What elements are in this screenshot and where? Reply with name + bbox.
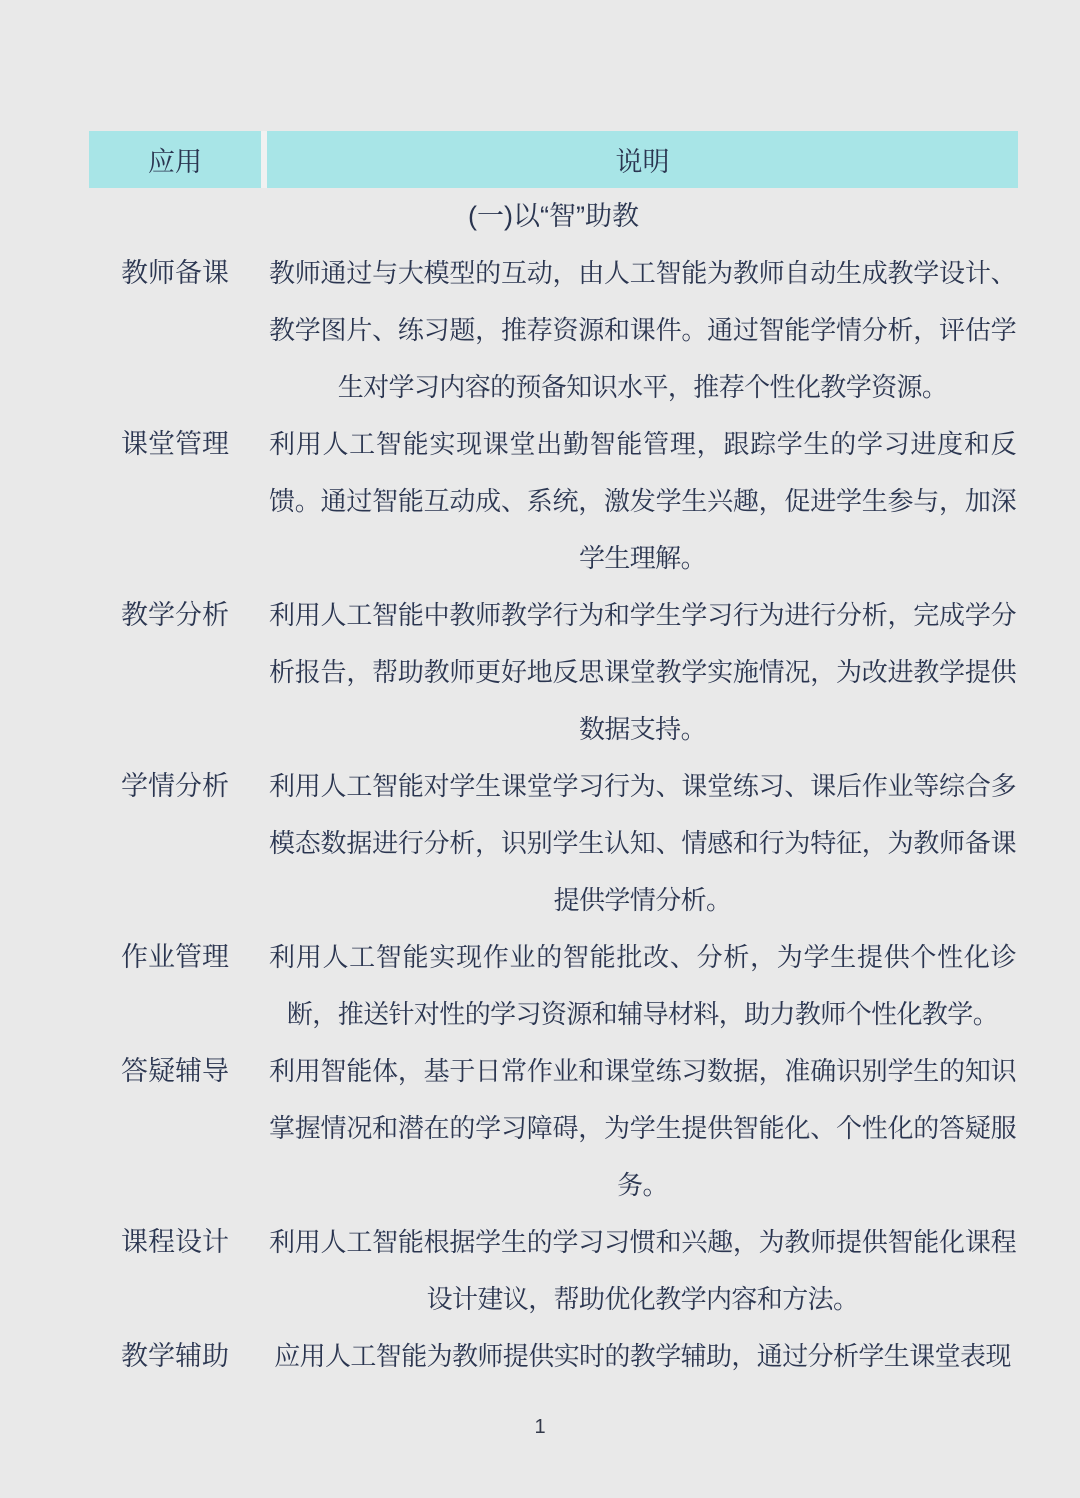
table-row: 课程设计 利用人工智能根据学生的学习习惯和兴趣，为教师提供智能化课程设计建议，帮… (89, 1214, 1018, 1328)
row-description: 利用人工智能实现课堂出勤智能管理，跟踪学生的学习进度和反馈。通过智能互动成、系统… (267, 416, 1018, 587)
row-description: 利用人工智能对学生课堂学习行为、课堂练习、课后作业等综合多模态数据进行分析，识别… (267, 758, 1018, 929)
table-row: 学情分析 利用人工智能对学生课堂学习行为、课堂练习、课后作业等综合多模态数据进行… (89, 758, 1018, 929)
table-body: 教师备课 教师通过与大模型的互动，由人工智能为教师自动生成教学设计、教学图片、练… (89, 245, 1018, 1385)
table-row: 教师备课 教师通过与大模型的互动，由人工智能为教师自动生成教学设计、教学图片、练… (89, 245, 1018, 416)
table-row: 作业管理 利用人工智能实现作业的智能批改、分析，为学生提供个性化诊断，推送针对性… (89, 929, 1018, 1043)
header-col-application: 应用 (89, 131, 261, 188)
row-description: 利用人工智能根据学生的学习习惯和兴趣，为教师提供智能化课程设计建议，帮助优化教学… (267, 1214, 1018, 1328)
row-label: 学情分析 (89, 758, 261, 815)
table-row: 课堂管理 利用人工智能实现课堂出勤智能管理，跟踪学生的学习进度和反馈。通过智能互… (89, 416, 1018, 587)
document-page: 应用 说明 (一)以“智”助教 教师备课 教师通过与大模型的互动，由人工智能为教… (0, 0, 1080, 1498)
section-title: (一)以“智”助教 (89, 188, 1018, 245)
table-row: 答疑辅导 利用智能体，基于日常作业和课堂练习数据，准确识别学生的知识掌握情况和潜… (89, 1043, 1018, 1214)
row-label: 教学辅助 (89, 1328, 261, 1385)
table-row: 教学辅助 应用人工智能为教师提供实时的教学辅助，通过分析学生课堂表现 (89, 1328, 1018, 1385)
row-description: 利用人工智能实现作业的智能批改、分析，为学生提供个性化诊断，推送针对性的学习资源… (267, 929, 1018, 1043)
applications-table: 应用 说明 (一)以“智”助教 教师备课 教师通过与大模型的互动，由人工智能为教… (89, 131, 1018, 1385)
row-label: 答疑辅导 (89, 1043, 261, 1100)
table-row: 教学分析 利用人工智能中教师教学行为和学生学习行为进行分析，完成学分析报告，帮助… (89, 587, 1018, 758)
row-description: 利用智能体，基于日常作业和课堂练习数据，准确识别学生的知识掌握情况和潜在的学习障… (267, 1043, 1018, 1214)
header-col-description: 说明 (267, 131, 1018, 188)
row-description: 教师通过与大模型的互动，由人工智能为教师自动生成教学设计、教学图片、练习题，推荐… (267, 245, 1018, 416)
row-description: 利用人工智能中教师教学行为和学生学习行为进行分析，完成学分析报告，帮助教师更好地… (267, 587, 1018, 758)
row-label: 教学分析 (89, 587, 261, 644)
row-label: 课堂管理 (89, 416, 261, 473)
row-label: 课程设计 (89, 1214, 261, 1271)
page-number: 1 (0, 1416, 1080, 1439)
row-label: 教师备课 (89, 245, 261, 302)
row-description: 应用人工智能为教师提供实时的教学辅助，通过分析学生课堂表现 (267, 1328, 1018, 1385)
table-header: 应用 说明 (89, 131, 1018, 188)
row-label: 作业管理 (89, 929, 261, 986)
